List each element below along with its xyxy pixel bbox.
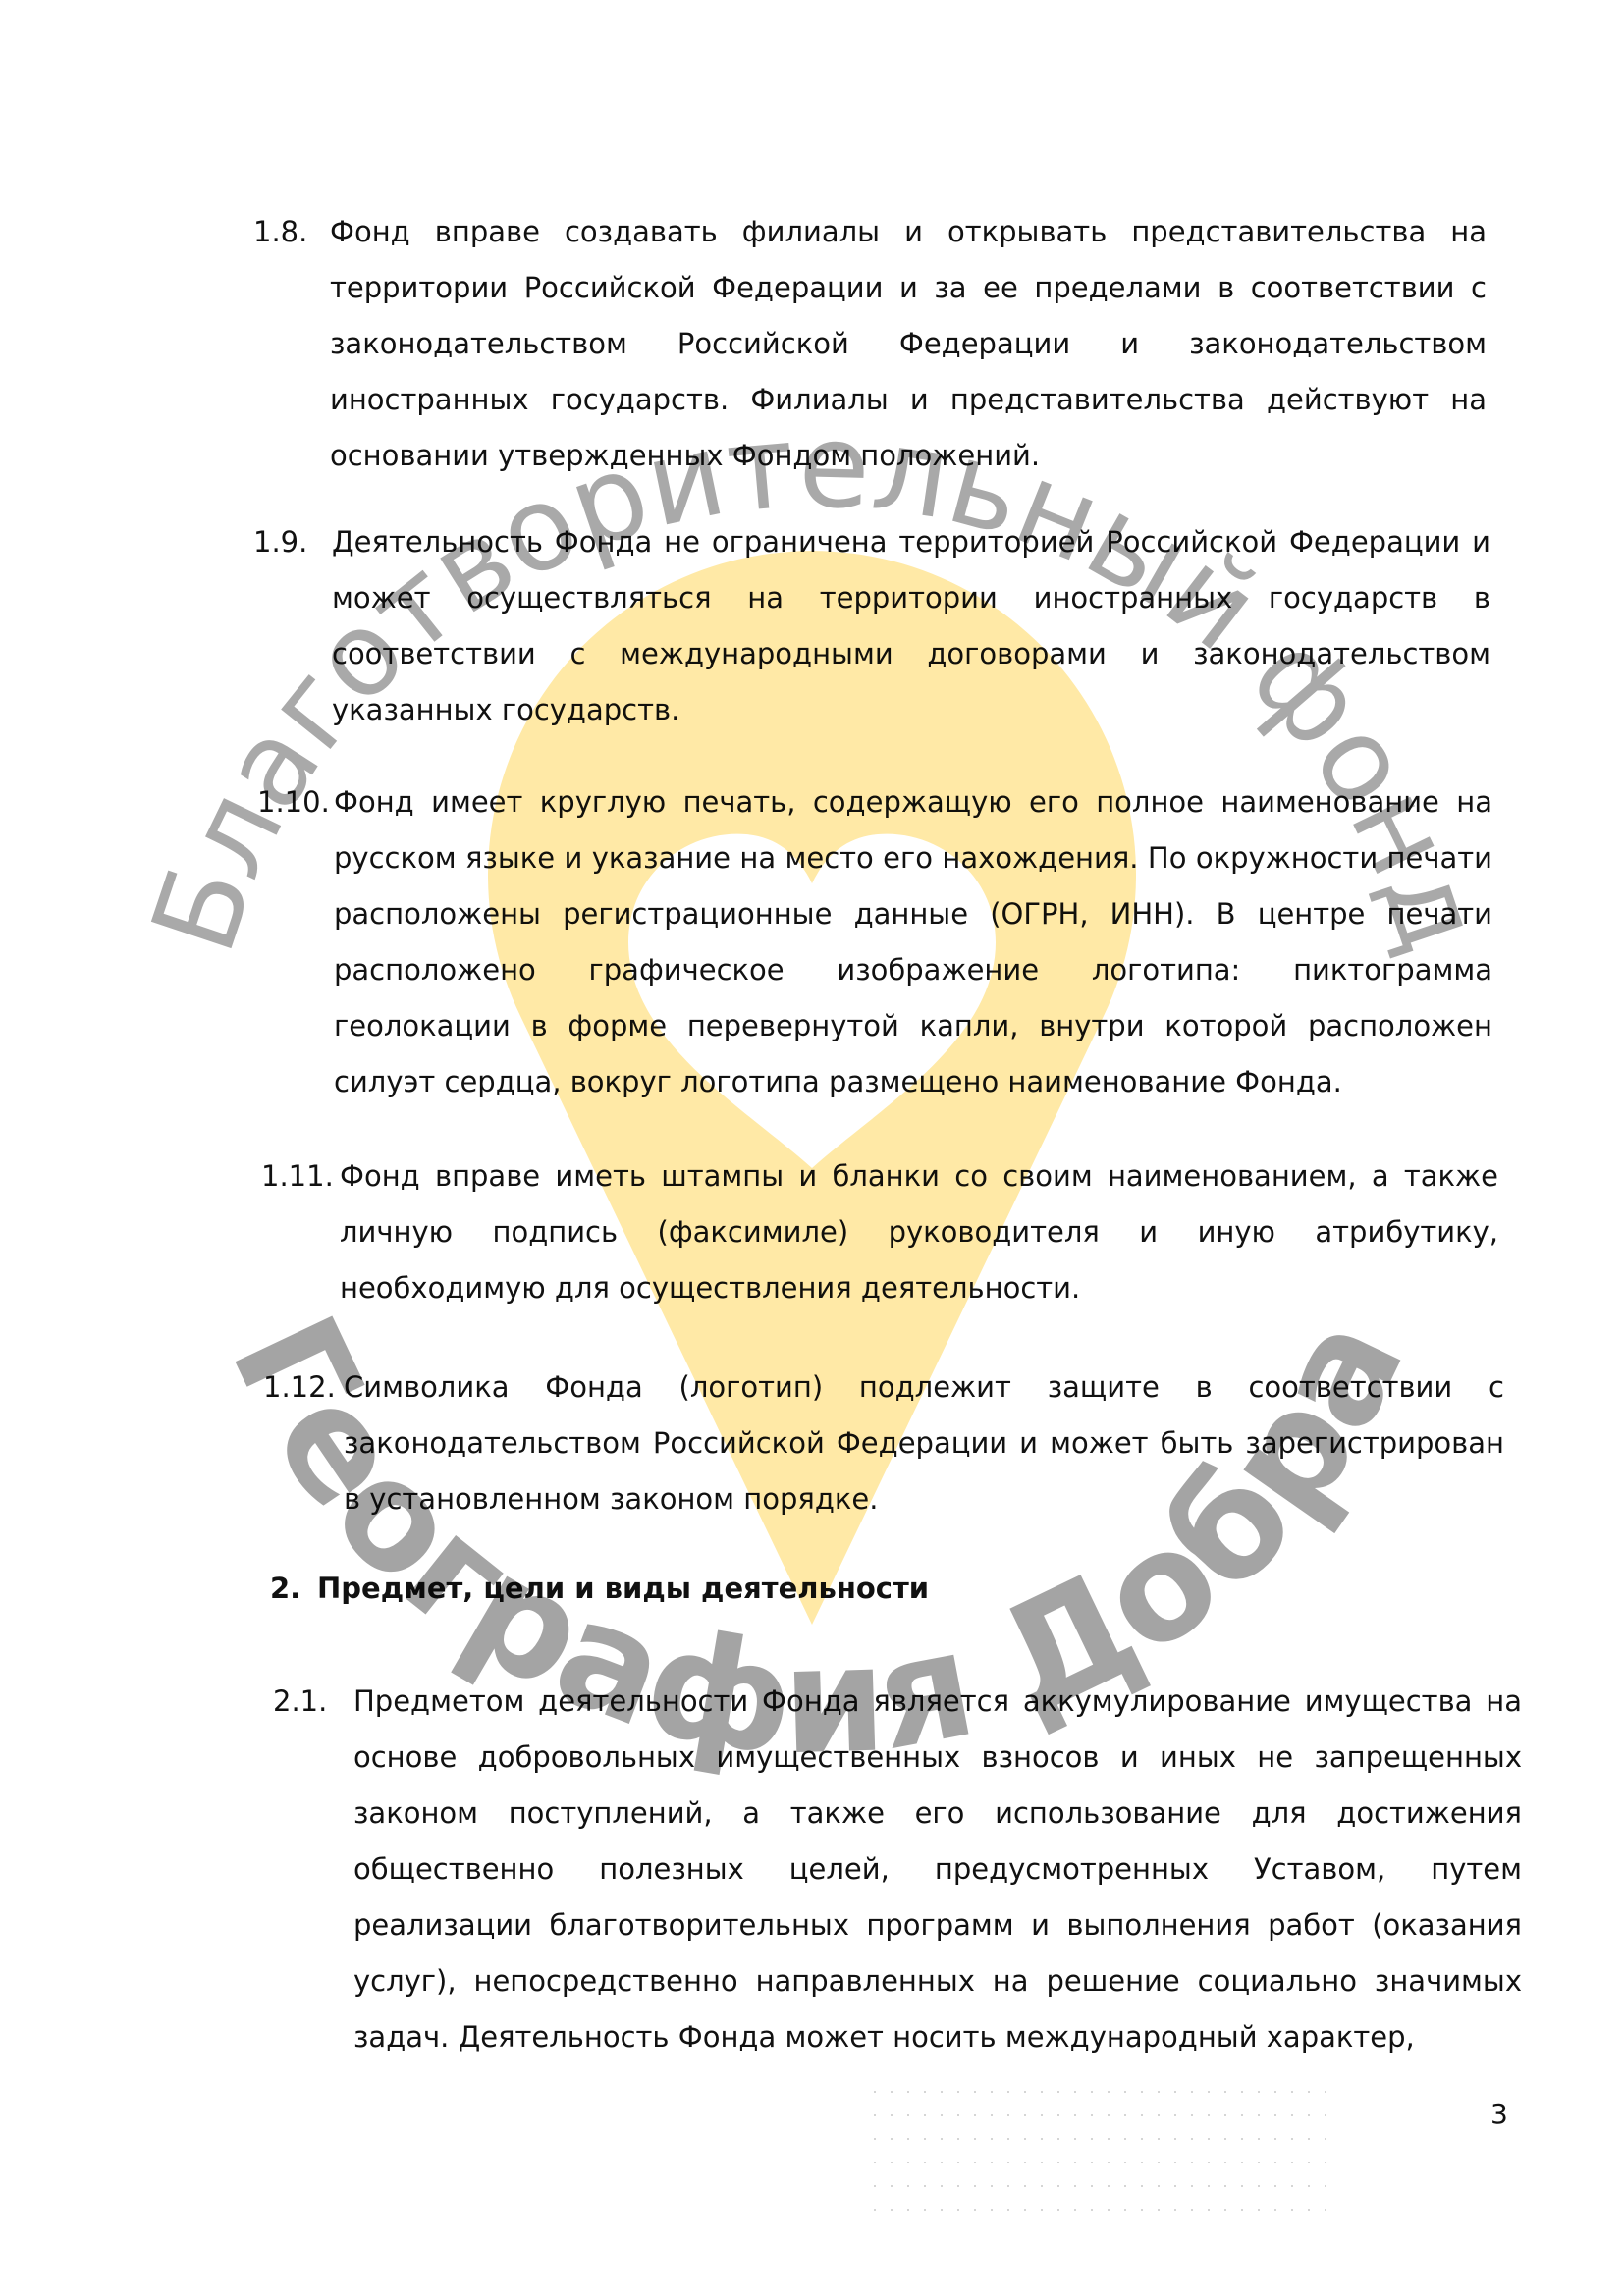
clause-number: 2.1. bbox=[273, 1674, 327, 1730]
faded-stamp bbox=[874, 2069, 1335, 2266]
clause-text: Фонд имеет круглую печать, содержащую ег… bbox=[334, 774, 1492, 1110]
clause-number: 1.8. bbox=[253, 204, 307, 260]
section-title: Предмет, цели и виды деятельности bbox=[317, 1572, 929, 1605]
clause-number: 1.11. bbox=[261, 1148, 334, 1204]
document-page: 1.8. Фонд вправе создавать филиалы и отк… bbox=[0, 0, 1624, 2296]
clause-text: Предметом деятельности Фонда является ак… bbox=[353, 1674, 1522, 2065]
clause-text: Деятельность Фонда не ограничена террито… bbox=[332, 514, 1490, 738]
clause-number: 1.9. bbox=[253, 514, 307, 570]
page-number: 3 bbox=[1490, 2098, 1508, 2130]
section-heading: 2.Предмет, цели и виды деятельности bbox=[270, 1569, 929, 1608]
section-number: 2. bbox=[270, 1569, 317, 1608]
clause-text: Фонд вправе создавать филиалы и открыват… bbox=[330, 204, 1487, 484]
clause-text: Фонд вправе иметь штампы и бланки со сво… bbox=[340, 1148, 1498, 1316]
clause-number: 1.12. bbox=[263, 1360, 336, 1415]
clause-text: Символика Фонда (логотип) подлежит защит… bbox=[344, 1360, 1504, 1527]
clause-number: 1.10. bbox=[257, 774, 330, 830]
